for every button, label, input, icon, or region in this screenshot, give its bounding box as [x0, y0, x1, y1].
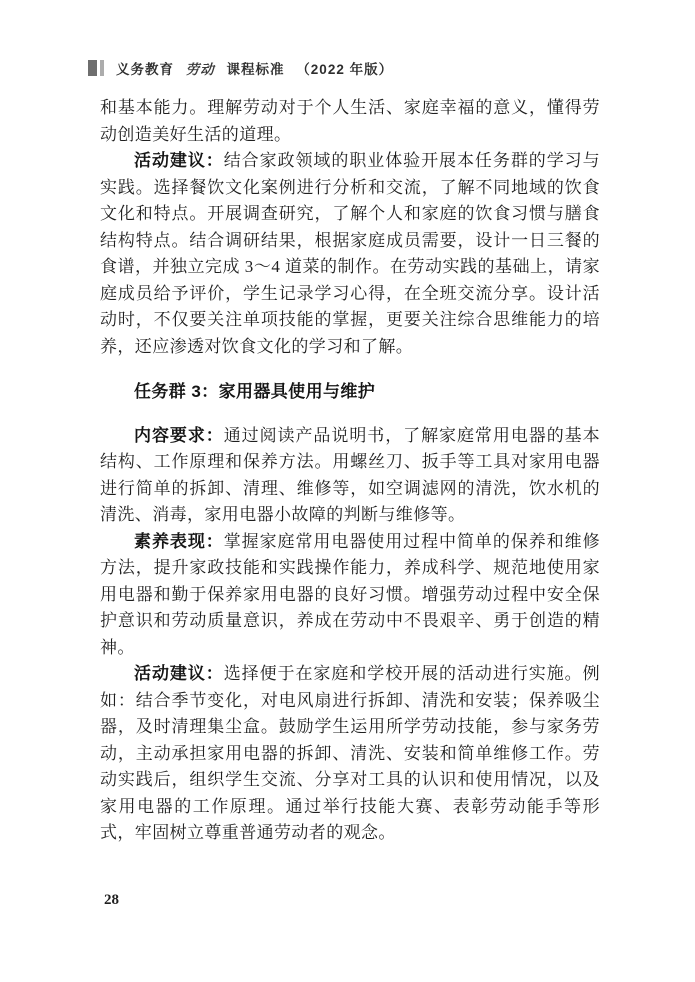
activity-suggestion-1-text: 结合家政领域的职业体验开展本任务群的学习与实践。选择餐饮文化案例进行分析和交流，…	[100, 151, 600, 356]
page-body: 和基本能力。理解劳动对于个人生活、家庭幸福的意义，懂得劳动创造美好生活的道理。 …	[100, 95, 600, 847]
activity-suggestion-2-label: 活动建议：	[134, 664, 224, 683]
activity-suggestion-1-label: 活动建议：	[134, 151, 224, 170]
header-bar-dark-icon	[88, 60, 97, 76]
content-requirements-label: 内容要求：	[134, 426, 224, 445]
header-doc-type: 课程标准	[227, 62, 285, 77]
document-page: 义务教育 劳动 课程标准 （2022 年版） 和基本能力。理解劳动对于个人生活、…	[0, 0, 695, 982]
header-subject: 劳动	[186, 62, 215, 77]
header-edition: （2022 年版）	[296, 62, 393, 77]
paragraph-activity-suggestion-1: 活动建议：结合家政领域的职业体验开展本任务群的学习与实践。选择餐饮文化案例进行分…	[100, 148, 600, 360]
running-head: 义务教育 劳动 课程标准 （2022 年版）	[88, 59, 393, 77]
paragraph-activity-suggestion-2: 活动建议：选择便于在家庭和学校开展的活动进行实施。例如：结合季节变化，对电风扇进…	[100, 661, 600, 847]
task-group-heading: 任务群 3：家用器具使用与维护	[100, 379, 600, 406]
activity-suggestion-2-text: 选择便于在家庭和学校开展的活动进行实施。例如：结合季节变化，对电风扇进行拆卸、清…	[100, 664, 600, 842]
header-title: 义务教育 劳动 课程标准 （2022 年版）	[116, 58, 393, 78]
header-series: 义务教育	[116, 62, 174, 77]
page-number: 28	[104, 892, 119, 909]
header-bar-light-icon	[100, 60, 104, 76]
paragraph-content-requirements: 内容要求：通过阅读产品说明书，了解家庭常用电器的基本结构、工作原理和保养方法。用…	[100, 423, 600, 529]
competency-expression-label: 素养表现：	[134, 532, 224, 551]
paragraph-continuation: 和基本能力。理解劳动对于个人生活、家庭幸福的意义，懂得劳动创造美好生活的道理。	[100, 95, 600, 148]
paragraph-competency-expression: 素养表现：掌握家庭常用电器使用过程中简单的保养和维修方法，提升家政技能和实践操作…	[100, 529, 600, 662]
